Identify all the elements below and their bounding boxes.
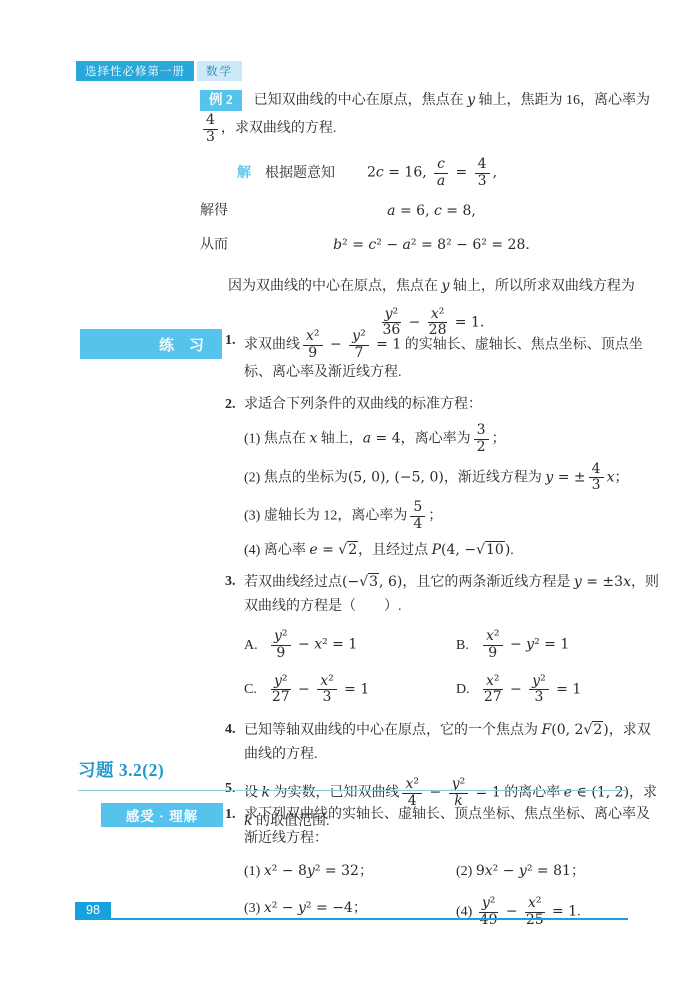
homework-heading-rule [78, 790, 627, 791]
item-2-stem: 求适合下列条件的双曲线的标准方程： [244, 393, 662, 417]
solution-step-2: 解得 a = 6, c = 8, [200, 199, 663, 224]
item-number: 1. [225, 329, 244, 353]
example-statement: 例 2已知双曲线的中心在原点，焦点在 y 轴上，焦距为 16，离心率为43，求双… [200, 88, 663, 145]
item-content: 求下列双曲线的实轴长、虚轴长、顶点坐标、焦点坐标、离心率及渐近线方程： (1) … [244, 803, 662, 928]
item-number: 2. [225, 393, 244, 417]
homework-heading: 习题 3.2(2) [78, 757, 164, 782]
solution-label: 解 [237, 161, 251, 186]
solution-intro-text: 根据题意知 [265, 161, 335, 186]
feel-understand-label: 感受 · 理解 [101, 803, 223, 827]
step-3-label: 从而 [200, 233, 228, 258]
homework-sub-1: (1) x² − 8y² = 32； [244, 859, 456, 884]
item-content: 求双曲线x²9 − y²7 = 1 的实轴长、虚轴长、焦点坐标、顶点坐标、离心率… [244, 329, 662, 385]
option-c: C. y²27 − x²3 = 1 [244, 674, 456, 706]
feel-understand-label-column: 感受 · 理解 [80, 803, 225, 827]
item-2-sub-2: (2) 焦点的坐标为(5, 0), (−5, 0)，渐近线方程为 y = ±43… [244, 462, 662, 494]
example-2-block: 例 2已知双曲线的中心在原点，焦点在 y 轴上，焦距为 16，离心率为43，求双… [200, 88, 663, 339]
practice-item-2: 2. 求适合下列条件的双曲线的标准方程： (1) 焦点在 x 轴上，a = 4，… [225, 393, 662, 563]
option-content: x²27 − y²3 = 1 [480, 674, 581, 706]
item-2-sub-1: (1) 焦点在 x 轴上，a = 4，离心率为32； [244, 423, 662, 455]
option-label: D. [456, 678, 480, 702]
solution-intro-row: 解 根据题意知 2c = 16, ca = 43, [200, 157, 663, 189]
option-label: B. [456, 634, 480, 658]
solution-step-3: 从而 b² = c² − a² = 8² − 6² = 28. [200, 233, 663, 258]
textbook-page: 选择性必修第一册 数学 例 2已知双曲线的中心在原点，焦点在 y 轴上，焦距为 … [0, 0, 700, 981]
option-label: A. [244, 634, 268, 658]
footer-rule [75, 918, 628, 920]
item-number: 1. [225, 803, 244, 827]
homework-item-1-stem: 求下列双曲线的实轴长、虚轴长、顶点坐标、焦点坐标、离心率及渐近线方程： [244, 803, 662, 851]
practice-section-label: 练 习 [80, 329, 222, 359]
solution-conclusion: 因为双曲线的中心在原点，焦点在 y 轴上，所以所求双曲线方程为 [200, 274, 663, 299]
solution-equation-3: b² = c² − a² = 8² − 6² = 28. [200, 233, 663, 258]
item-content: 已知等轴双曲线的中心在原点，它的一个焦点为 F(0, 2√2)，求双曲线的方程. [244, 718, 662, 767]
item-3-stem: 若双曲线经过点(−√3, 6)，且它的两条渐近线方程是 y = ±3x，则双曲线… [244, 570, 662, 619]
item-3-options: A. y²9 − x² = 1 B. x²9 − y² = 1 C. y²27 … [244, 629, 662, 706]
example-badge: 例 2 [200, 90, 242, 111]
solution-equation-2: a = 6, c = 8, [200, 199, 663, 224]
item-2-sub-3: (3) 虚轴长为 12，离心率为54； [244, 500, 662, 532]
homework-sub-4: (4) y²49 − x²25 = 1. [456, 896, 662, 928]
item-2-sub-4: (4) 离心率 e = √2，且经过点 P(4, −√10). [244, 538, 662, 563]
practice-label-column: 练 习 [80, 329, 225, 359]
item-content: 若双曲线经过点(−√3, 6)，且它的两条渐近线方程是 y = ±3x，则双曲线… [244, 570, 662, 706]
practice-section: 练 习 1. 求双曲线x²9 − y²7 = 1 的实轴长、虚轴长、焦点坐标、顶… [80, 329, 662, 834]
example-statement-text: 已知双曲线的中心在原点，焦点在 y 轴上，焦距为 16，离心率为43，求双曲线的… [200, 93, 650, 136]
option-d: D. x²27 − y²3 = 1 [456, 674, 662, 706]
option-content: y²9 − x² = 1 [268, 629, 357, 661]
book-title-badge: 选择性必修第一册 [76, 61, 194, 81]
practice-item-3: 3. 若双曲线经过点(−√3, 6)，且它的两条渐近线方程是 y = ±3x，则… [225, 570, 662, 706]
page-number: 98 [75, 902, 111, 919]
item-number: 3. [225, 570, 244, 594]
option-label: C. [244, 678, 268, 702]
practice-item-4: 4. 已知等轴双曲线的中心在原点，它的一个焦点为 F(0, 2√2)，求双曲线的… [225, 718, 662, 767]
page-header: 选择性必修第一册 数学 [76, 61, 242, 81]
homework-item-1: 1. 求下列双曲线的实轴长、虚轴长、顶点坐标、焦点坐标、离心率及渐近线方程： (… [225, 803, 662, 928]
step-2-label: 解得 [200, 199, 228, 224]
practice-item-1: 1. 求双曲线x²9 − y²7 = 1 的实轴长、虚轴长、焦点坐标、顶点坐标、… [225, 329, 662, 385]
feel-understand-section: 感受 · 理解 1. 求下列双曲线的实轴长、虚轴长、顶点坐标、焦点坐标、离心率及… [80, 803, 662, 928]
option-content: x²9 − y² = 1 [480, 629, 569, 661]
practice-exercises: 1. 求双曲线x²9 − y²7 = 1 的实轴长、虚轴长、焦点坐标、顶点坐标、… [225, 329, 662, 834]
homework-sub-2: (2) 9x² − y² = 81； [456, 859, 662, 884]
item-number: 4. [225, 718, 244, 742]
homework-exercises: 1. 求下列双曲线的实轴长、虚轴长、顶点坐标、焦点坐标、离心率及渐近线方程： (… [225, 803, 662, 928]
subject-badge: 数学 [197, 61, 242, 81]
homework-sub-3: (3) x² − y² = −4； [244, 896, 456, 928]
option-a: A. y²9 − x² = 1 [244, 629, 456, 661]
item-content: 求适合下列条件的双曲线的标准方程： (1) 焦点在 x 轴上，a = 4，离心率… [244, 393, 662, 563]
option-b: B. x²9 − y² = 1 [456, 629, 662, 661]
option-content: y²27 − x²3 = 1 [268, 674, 369, 706]
solution-equation-1: 2c = 16, ca = 43, [367, 157, 497, 189]
